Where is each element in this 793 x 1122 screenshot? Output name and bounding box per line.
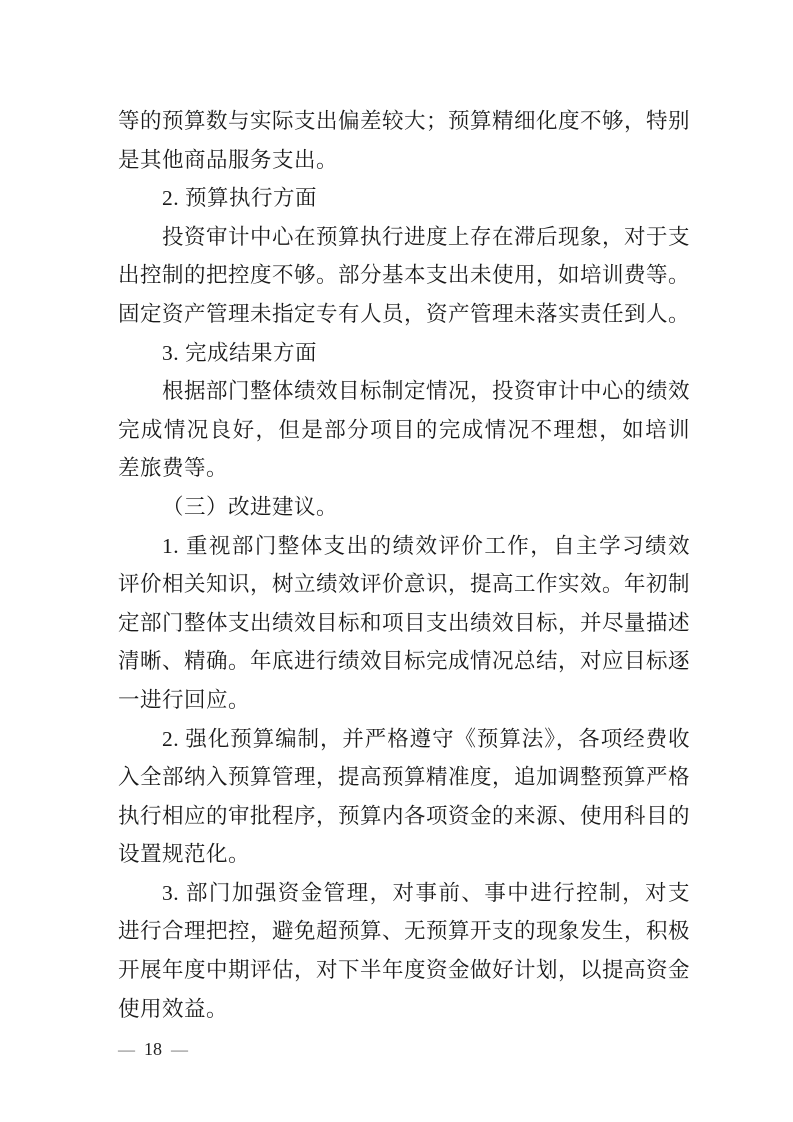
text-line: 等的预算数与实际支出偏差较大；预算精细化度不够，特别	[118, 102, 690, 141]
footer-dash-left: —	[118, 1040, 135, 1059]
text-line: 3. 完成结果方面	[118, 334, 690, 373]
document-page: 等的预算数与实际支出偏差较大；预算精细化度不够，特别是其他商品服务支出。2. 预…	[0, 0, 793, 1122]
page-number: 18	[144, 1039, 162, 1059]
text-line: 出控制的把控度不够。部分基本支出未使用，如培训费等。	[118, 256, 690, 295]
text-line: 投资审计中心在预算执行进度上存在滞后现象，对于支	[118, 218, 690, 257]
text-line: 开展年度中期评估，对下半年度资金做好计划，以提高资金	[118, 951, 690, 990]
text-line: 2. 强化预算编制，并严格遵守《预算法》，各项经费收	[118, 720, 690, 759]
text-line: 评价相关知识，树立绩效评价意识，提高工作实效。年初制	[118, 565, 690, 604]
footer-dash-right: —	[171, 1040, 188, 1059]
text-line: 进行合理把控，避免超预算、无预算开支的现象发生，积极	[118, 912, 690, 951]
text-line: 是其他商品服务支出。	[118, 141, 690, 180]
text-line: 1. 重视部门整体支出的绩效评价工作，自主学习绩效	[118, 527, 690, 566]
text-line: 差旅费等。	[118, 449, 690, 488]
text-line: 设置规范化。	[118, 835, 690, 874]
document-body-text: 等的预算数与实际支出偏差较大；预算精细化度不够，特别是其他商品服务支出。2. 预…	[118, 102, 690, 1028]
text-line: 3. 部门加强资金管理，对事前、事中进行控制，对支出	[118, 874, 690, 913]
text-line: 使用效益。	[118, 990, 690, 1029]
page-footer: —18—	[118, 1038, 188, 1060]
text-line: 定部门整体支出绩效目标和项目支出绩效目标，并尽量描述	[118, 604, 690, 643]
text-line: 完成情况良好，但是部分项目的完成情况不理想，如培训费、	[118, 411, 690, 450]
text-line: 一进行回应。	[118, 681, 690, 720]
text-line: 2. 预算执行方面	[118, 179, 690, 218]
text-line: 根据部门整体绩效目标制定情况，投资审计中心的绩效	[118, 372, 690, 411]
text-line: 清晰、精确。年底进行绩效目标完成情况总结，对应目标逐	[118, 642, 690, 681]
text-line: 固定资产管理未指定专有人员，资产管理未落实责任到人。	[118, 295, 690, 334]
text-line: （三）改进建议。	[118, 488, 690, 527]
text-line: 入全部纳入预算管理，提高预算精准度，追加调整预算严格	[118, 758, 690, 797]
text-line: 执行相应的审批程序，预算内各项资金的来源、使用科目的	[118, 797, 690, 836]
